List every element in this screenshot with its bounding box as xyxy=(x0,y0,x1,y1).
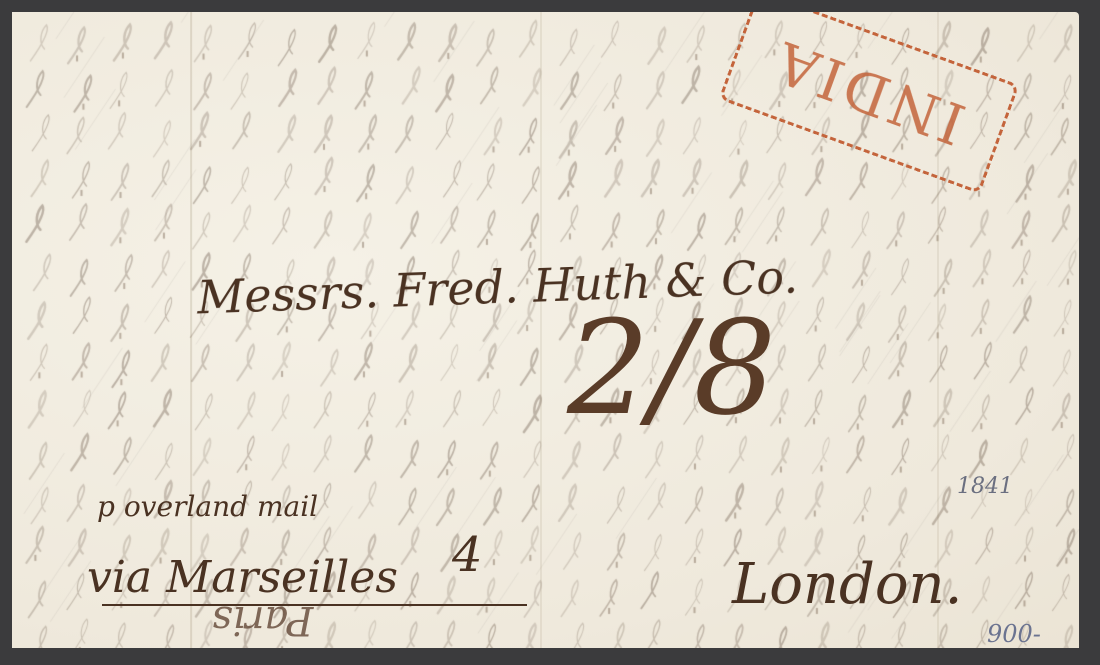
numeral-mark: 4 xyxy=(452,527,483,583)
route-line-2: via Marseilles xyxy=(87,552,398,603)
fold-line xyxy=(540,12,542,648)
pencil-price: 900- xyxy=(987,620,1041,648)
letter-sheet: INDIA Messrs. Fred. Huth & Co. 2/8 p ove… xyxy=(12,12,1079,648)
city-london: London. xyxy=(732,552,962,617)
inverted-paris-mark: Paris xyxy=(212,597,313,643)
route-underline xyxy=(102,604,527,606)
rate-marking: 2/8 xyxy=(567,292,776,444)
pencil-year: 1841 xyxy=(957,474,1013,499)
route-line-1: p overland mail xyxy=(97,490,318,523)
